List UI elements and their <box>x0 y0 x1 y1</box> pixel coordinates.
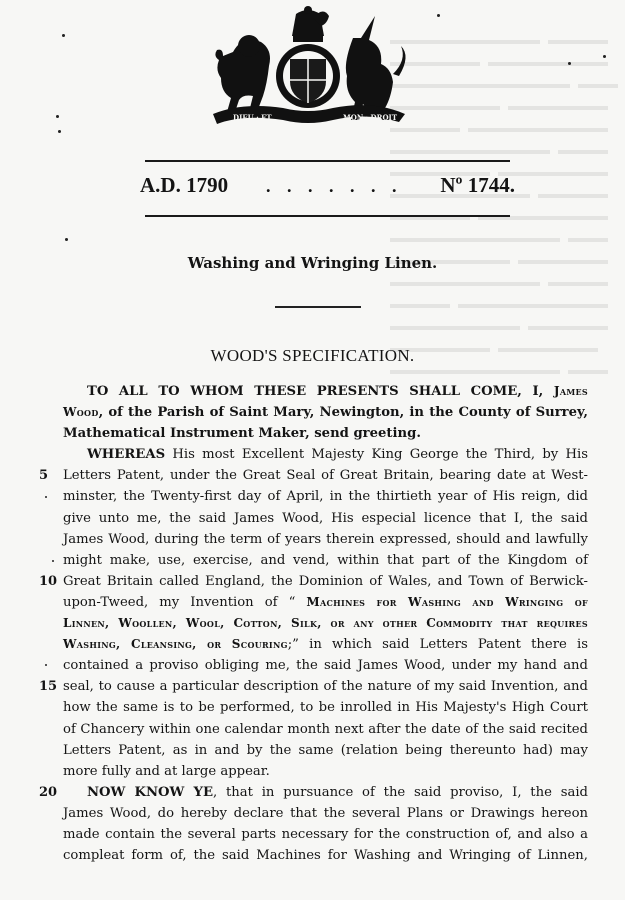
text-segment: TO ALL TO WHOM THESE PRESENTS SHALL COME… <box>87 384 554 399</box>
text-line: TO ALL TO WHOM THESE PRESENTS SHALL COME… <box>63 381 588 402</box>
text-line: might make, use, exercise, and vend, wit… <box>63 550 588 571</box>
text-segment: Machines for Washing and Wringing of <box>306 595 588 609</box>
speck <box>437 14 440 17</box>
text-segment: ;” in which said Letters Patent there is <box>288 637 588 652</box>
text-segment: seal, to cause a particular description … <box>63 679 588 694</box>
text-line: give unto me, the said James Wood, His e… <box>63 508 588 529</box>
speck <box>65 238 68 241</box>
text-segment: His most Excellent Majesty King George t… <box>165 447 588 462</box>
line-number: 5 <box>39 465 57 486</box>
text-line: minster, the Twenty-first day of April, … <box>63 486 588 507</box>
document-title: Washing and Wringing Linen. <box>0 254 625 272</box>
line-number: 15 <box>39 676 57 697</box>
speck <box>45 664 47 666</box>
text-line: 15seal, to cause a particular descriptio… <box>63 676 588 697</box>
text-segment: James <box>554 384 588 398</box>
text-line: upon-Tweed, my Invention of “ Machines f… <box>63 592 588 613</box>
text-line: 10Great Britain called England, the Domi… <box>63 571 588 592</box>
royal-coat-of-arms-icon: DIEU · ET MON · DROIT <box>193 4 423 128</box>
text-segment: James Wood, during the term of years the… <box>63 532 588 547</box>
text-segment: of Chancery within one calendar month ne… <box>63 722 588 737</box>
bleed-through-texture <box>390 30 625 382</box>
specification-body: TO ALL TO WHOM THESE PRESENTS SHALL COME… <box>63 381 588 866</box>
svg-text:DIEU · ET: DIEU · ET <box>233 113 272 122</box>
text-segment: more fully and at large appear. <box>63 764 270 779</box>
text-segment: made contain the several parts necessary… <box>63 827 588 842</box>
line-number: 10 <box>39 571 57 592</box>
svg-text:MON · DROIT: MON · DROIT <box>343 113 398 122</box>
text-line: of Chancery within one calendar month ne… <box>63 719 588 740</box>
patent-number: Nº 1744. <box>440 173 515 198</box>
text-segment: Wood <box>63 405 99 419</box>
specification-heading: WOOD'S SPECIFICATION. <box>0 346 625 366</box>
text-line: compleat form of, the said Machines for … <box>63 845 588 866</box>
text-line: Wood, of the Parish of Saint Mary, Newin… <box>63 402 588 423</box>
text-segment: give unto me, the said James Wood, His e… <box>63 511 588 526</box>
speck <box>603 55 606 58</box>
speck <box>45 496 47 498</box>
text-segment: Letters Patent, under the Great Seal of … <box>63 468 588 483</box>
text-segment: NOW KNOW YE <box>87 785 213 800</box>
text-segment: Washing, Cleansing, or Scouring <box>63 637 288 651</box>
text-segment: Linnen, Woollen, Wool, Cotton, Silk, or … <box>63 616 588 630</box>
text-segment: WHEREAS <box>87 447 165 462</box>
text-segment: how the same is to be performed, to be i… <box>63 700 588 715</box>
speck <box>52 560 54 562</box>
text-line: WHEREAS His most Excellent Majesty King … <box>63 444 588 465</box>
text-segment: Letters Patent, as in and by the same (r… <box>63 743 588 758</box>
leader-dots: . . . . . . . <box>266 176 403 197</box>
text-line: James Wood, during the term of years the… <box>63 529 588 550</box>
text-line: James Wood, do hereby declare that the s… <box>63 803 588 824</box>
text-line: 5Letters Patent, under the Great Seal of… <box>63 465 588 486</box>
text-segment: upon-Tweed, my Invention of “ <box>63 595 306 610</box>
header-rule-bottom <box>145 215 510 217</box>
text-line: contained a proviso obliging me, the sai… <box>63 655 588 676</box>
title-divider <box>275 306 361 308</box>
speck <box>58 130 61 133</box>
text-line: made contain the several parts necessary… <box>63 824 588 845</box>
text-segment: , that in pursuance of the said proviso,… <box>213 785 588 800</box>
text-line: Letters Patent, as in and by the same (r… <box>63 740 588 761</box>
text-line: Linnen, Woollen, Wool, Cotton, Silk, or … <box>63 613 588 634</box>
text-segment: minster, the Twenty-first day of April, … <box>63 489 588 504</box>
document-page: DIEU · ET MON · DROIT A.D. 1790 . . . . … <box>0 0 625 900</box>
text-segment: , of the Parish of Saint Mary, Newington… <box>99 405 588 420</box>
text-segment: contained a proviso obliging me, the sai… <box>63 658 588 673</box>
text-line: how the same is to be performed, to be i… <box>63 697 588 718</box>
text-segment: James Wood, do hereby declare that the s… <box>63 806 588 821</box>
text-line: more fully and at large appear. <box>63 761 588 782</box>
text-segment: might make, use, exercise, and vend, wit… <box>63 553 588 568</box>
patent-year: A.D. 1790 <box>140 173 228 198</box>
line-number: 20 <box>39 782 57 803</box>
text-segment: compleat form of, the said Machines for … <box>63 848 588 863</box>
text-segment: Mathematical Instrument Maker, send gree… <box>63 426 421 441</box>
text-line: 20NOW KNOW YE, that in pursuance of the … <box>63 782 588 803</box>
header-rule-top <box>145 160 510 162</box>
speck <box>62 34 65 37</box>
text-line: Washing, Cleansing, or Scouring;” in whi… <box>63 634 588 655</box>
speck <box>56 115 59 118</box>
text-line: Mathematical Instrument Maker, send gree… <box>63 423 588 444</box>
text-segment: Great Britain called England, the Domini… <box>63 574 588 589</box>
speck <box>568 62 571 65</box>
patent-number-line: A.D. 1790 . . . . . . . Nº 1744. <box>140 173 515 198</box>
